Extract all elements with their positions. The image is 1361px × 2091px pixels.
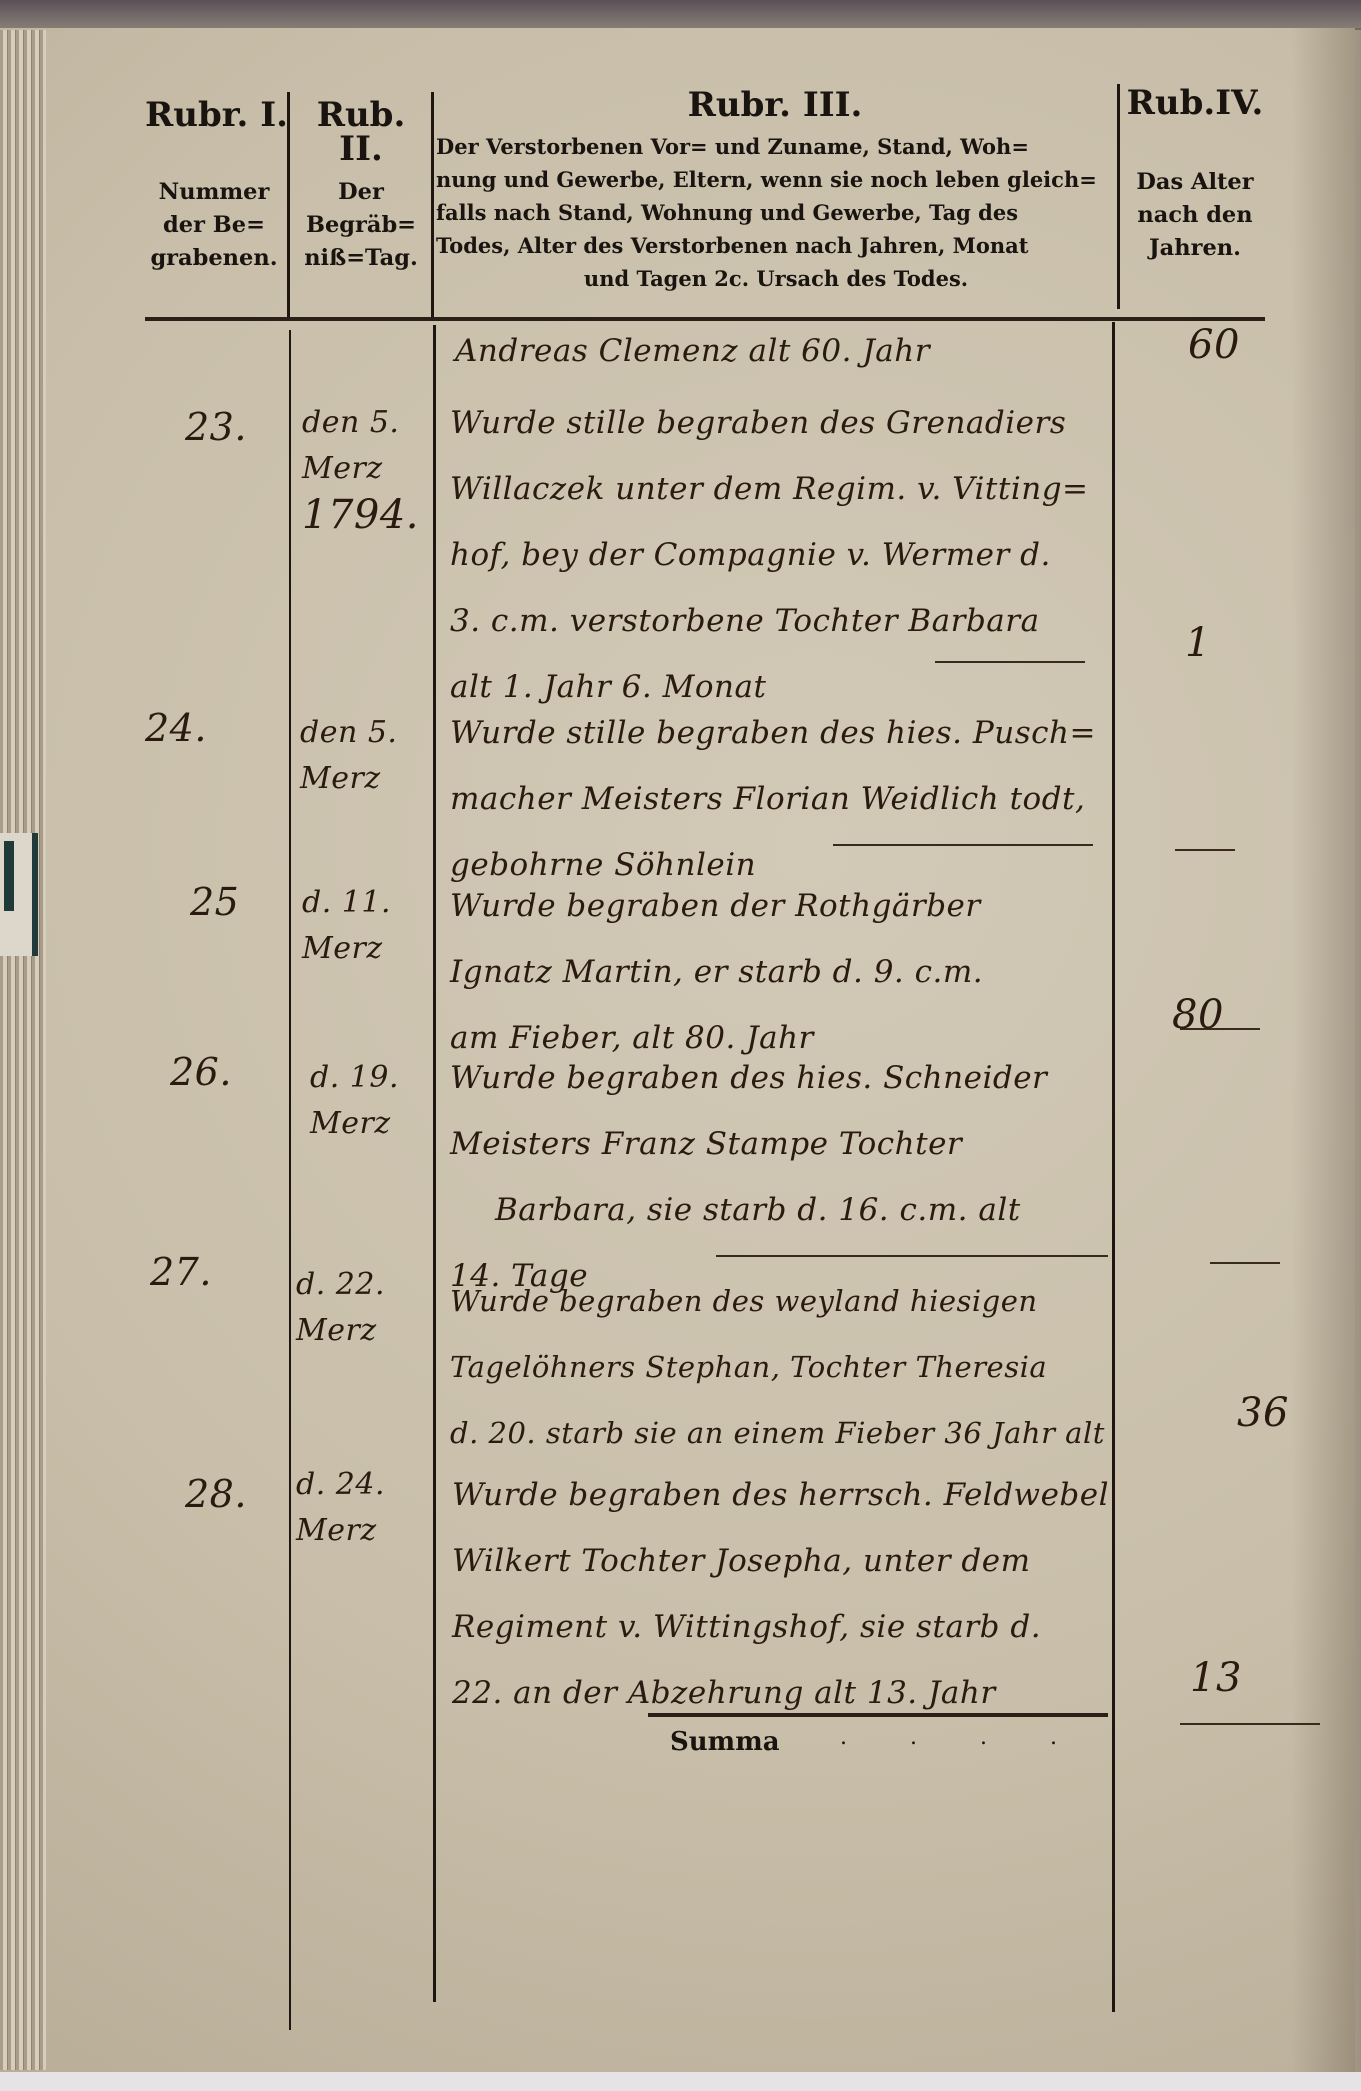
entry-number: 26. (170, 1050, 232, 1094)
entry-line: macher Meisters Florian Weidlich todt, (450, 766, 1096, 832)
entry-text: Wurde stille begraben des hies. Pusch= m… (450, 700, 1096, 898)
date-line: den 5. (302, 400, 419, 446)
entry-end-dash (935, 661, 1085, 663)
entry-line: Wurde stille begraben des hies. Pusch= (450, 700, 1096, 766)
age-dash (1210, 1262, 1280, 1264)
entry-line: Meisters Franz Stampe Tochter (450, 1111, 1047, 1177)
date-line: d. 22. (296, 1262, 385, 1308)
col3-desc-line: und Tagen 2c. Ursach des Todes. (436, 262, 1116, 295)
entry-line: Regiment v. Wittingshof, sie starb d. (452, 1594, 1109, 1660)
date-line: Merz (296, 1508, 385, 1554)
col4-desc-line: Das Alter (1120, 166, 1270, 199)
col3-rubric: Rubr. III. (435, 88, 1115, 122)
date-line: Merz (302, 446, 419, 492)
entry-line: Barbara, sie starb d. 16. c.m. alt (450, 1177, 1047, 1243)
date-line: d. 11. (302, 880, 391, 926)
age-dash (1175, 849, 1235, 851)
entry-end-dash (716, 1255, 1108, 1257)
date-line: d. 19. (310, 1055, 399, 1101)
header-divider (431, 92, 434, 317)
entry-text: Wurde begraben des herrsch. Feldwebel Wi… (452, 1462, 1109, 1726)
summa-dots: . . . . (840, 1725, 1085, 1750)
entry-number: 25 (190, 880, 239, 924)
entry-age: 13 (1190, 1655, 1242, 1701)
col1-desc-line: Nummer (140, 176, 288, 209)
date-line: Merz (310, 1101, 399, 1147)
entry-line: Wurde begraben der Rothgärber (450, 873, 983, 939)
col1-rubric: Rubr. I. (145, 98, 288, 132)
entry-text: Wurde begraben der Rothgärber Ignatz Mar… (450, 873, 983, 1071)
entry-date: d. 24. Merz (296, 1462, 385, 1554)
entry-line: Wurde begraben des weyland hiesigen (450, 1268, 1105, 1334)
summa-rule (648, 1713, 1108, 1717)
date-line: den 5. (300, 710, 397, 756)
col4-rubric: Rub.IV. (1120, 86, 1270, 120)
column-line-1 (289, 330, 291, 2030)
col3-description: Der Verstorbenen Vor= und Zuname, Stand,… (436, 130, 1116, 295)
entry-text: Wurde begraben des weyland hiesigen Tage… (450, 1268, 1105, 1466)
col1-desc-line: grabenen. (140, 242, 288, 275)
bookmark-tab (0, 833, 38, 956)
entry-line: d. 20. starb sie an einem Fieber 36 Jahr… (450, 1400, 1105, 1466)
column-line-2 (433, 325, 436, 2002)
entry-date: d. 19. Merz (310, 1055, 399, 1147)
entry-line: Wurde begraben des herrsch. Feldwebel (452, 1462, 1109, 1528)
entry-date: d. 22. Merz (296, 1262, 385, 1354)
col2-desc-line: Begräb= (290, 209, 432, 242)
scan-bottom-edge (0, 2072, 1361, 2091)
carryover-text: Andreas Clemenz alt 60. Jahr (455, 318, 930, 384)
age-underline (1180, 1723, 1320, 1725)
col3-desc-line: nung und Gewerbe, Eltern, wenn sie noch … (436, 163, 1116, 196)
col2-desc-line: Der (290, 176, 432, 209)
entry-number: 28. (185, 1472, 247, 1516)
col1-desc-line: der Be= (140, 209, 288, 242)
date-line: Merz (302, 926, 391, 972)
entry-line: 3. c.m. verstorbene Tochter Barbara (450, 588, 1089, 654)
entry-age: 1 (1185, 620, 1211, 666)
entry-date: den 5. Merz (300, 710, 397, 802)
col2-description: Der Begräb= niß=Tag. (290, 176, 432, 275)
col3-desc-line: falls nach Stand, Wohnung und Gewerbe, T… (436, 196, 1116, 229)
entry-number: 24. (145, 706, 207, 750)
col3-desc-line: Der Verstorbenen Vor= und Zuname, Stand,… (436, 130, 1116, 163)
scan-top-edge (0, 0, 1361, 30)
date-line: Merz (300, 756, 397, 802)
carryover-age: 60 (1188, 322, 1240, 368)
entry-line: hof, bey der Compagnie v. Wermer d. (450, 522, 1089, 588)
col2-rubric: Rub. II. (290, 98, 432, 166)
entry-date: d. 11. Merz (302, 880, 391, 972)
entry-age: 36 (1237, 1390, 1289, 1436)
col2-desc-line: niß=Tag. (290, 242, 432, 275)
col4-description: Das Alter nach den Jahren. (1120, 166, 1270, 265)
entry-line: Tagelöhners Stephan, Tochter Theresia (450, 1334, 1105, 1400)
summa-label: Summa (670, 1727, 780, 1757)
column-line-3 (1112, 322, 1115, 2012)
col1-description: Nummer der Be= grabenen. (140, 176, 288, 275)
entry-number: 23. (185, 405, 247, 449)
col4-desc-line: nach den (1120, 199, 1270, 232)
date-line: 1794. (302, 492, 419, 538)
entry-end-dash (833, 844, 1093, 846)
date-line: d. 24. (296, 1462, 385, 1508)
entry-text: Wurde stille begraben des Grenadiers Wil… (450, 390, 1089, 720)
col4-desc-line: Jahren. (1120, 232, 1270, 265)
date-line: Merz (296, 1308, 385, 1354)
entry-line: Wurde begraben des hies. Schneider (450, 1045, 1047, 1111)
book-page-edges (0, 30, 46, 2070)
entry-line: Willaczek unter dem Regim. v. Vitting= (450, 456, 1089, 522)
page-curl-shadow (1291, 28, 1361, 2073)
col3-desc-line: Todes, Alter des Verstorbenen nach Jahre… (436, 229, 1116, 262)
entry-number: 27. (150, 1250, 212, 1294)
entry-line: Wilkert Tochter Josepha, unter dem (452, 1528, 1109, 1594)
entry-date: den 5. Merz 1794. (302, 400, 419, 538)
entry-line: Ignatz Martin, er starb d. 9. c.m. (450, 939, 983, 1005)
entry-age: 80 (1172, 992, 1224, 1038)
entry-line: Wurde stille begraben des Grenadiers (450, 390, 1089, 456)
